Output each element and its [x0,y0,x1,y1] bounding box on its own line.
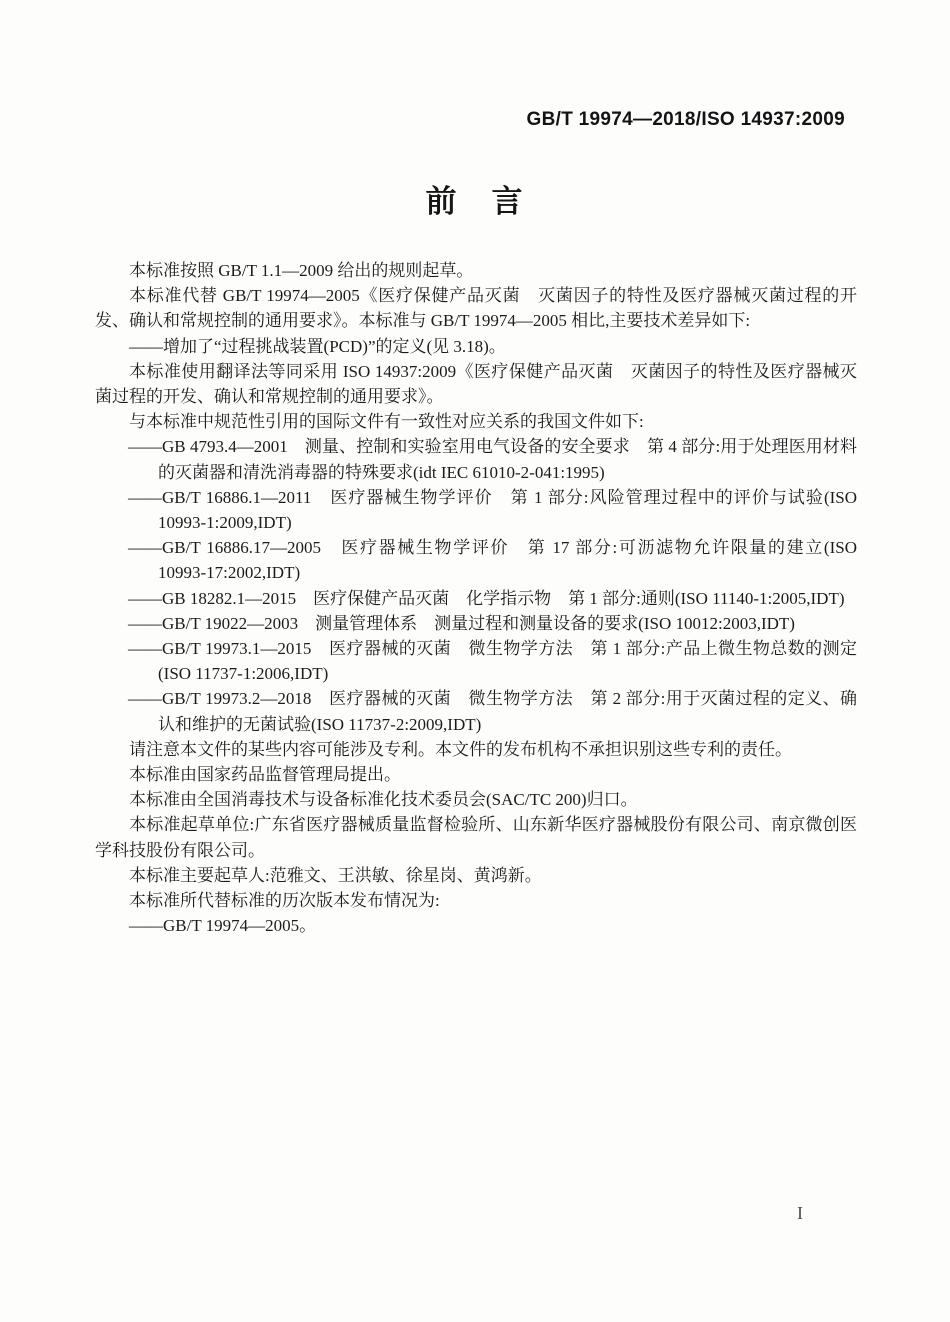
paragraph: 本标准起草单位:广东省医疗器械质量监督检验所、山东新华医疗器械股份有限公司、南京… [95,812,857,862]
paragraph: ——GB/T 19973.1—2015 医疗器械的灭菌 微生物学方法 第 1 部… [95,636,857,686]
document-page: GB/T 19974—2018/ISO 14937:2009 前 言 本标准按照… [0,0,950,1322]
paragraph: 本标准按照 GB/T 1.1—2009 给出的规则起草。 [95,258,857,283]
standard-number-header: GB/T 19974—2018/ISO 14937:2009 [527,109,845,131]
paragraph: 本标准代替 GB/T 19974—2005《医疗保健产品灭菌 灭菌因子的特性及医… [95,283,857,333]
paragraph: 请注意本文件的某些内容可能涉及专利。本文件的发布机构不承担识别这些专利的责任。 [95,737,857,762]
paragraph: ——增加了“过程挑战装置(PCD)”的定义(见 3.18)。 [95,334,857,359]
paragraph: ——GB/T 19974—2005。 [95,913,857,938]
paragraph: 与本标准中规范性引用的国际文件有一致性对应关系的我国文件如下: [95,409,857,434]
paragraph: 本标准由全国消毒技术与设备标准化技术委员会(SAC/TC 200)归口。 [95,787,857,812]
paragraph: 本标准所代替标准的历次版本发布情况为: [95,888,857,913]
paragraph: 本标准使用翻译法等同采用 ISO 14937:2009《医疗保健产品灭菌 灭菌因… [95,359,857,409]
page-number: I [797,1203,803,1224]
paragraph: ——GB/T 19973.2—2018 医疗器械的灭菌 微生物学方法 第 2 部… [95,686,857,736]
paragraph: ——GB 18282.1—2015 医疗保健产品灭菌 化学指示物 第 1 部分:… [95,586,857,611]
paragraph: ——GB 4793.4—2001 测量、控制和实验室用电气设备的安全要求 第 4… [95,434,857,484]
foreword-title: 前 言 [0,176,950,221]
paragraph: 本标准由国家药品监督管理局提出。 [95,762,857,787]
paragraph: ——GB/T 16886.17—2005 医疗器械生物学评价 第 17 部分:可… [95,535,857,585]
paragraph: 本标准主要起草人:范雅文、王洪敏、徐星岗、黄鸿新。 [95,863,857,888]
foreword-body: 本标准按照 GB/T 1.1—2009 给出的规则起草。本标准代替 GB/T 1… [95,258,857,938]
paragraph: ——GB/T 19022—2003 测量管理体系 测量过程和测量设备的要求(IS… [95,611,857,636]
paragraph: ——GB/T 16886.1—2011 医疗器械生物学评价 第 1 部分:风险管… [95,485,857,535]
